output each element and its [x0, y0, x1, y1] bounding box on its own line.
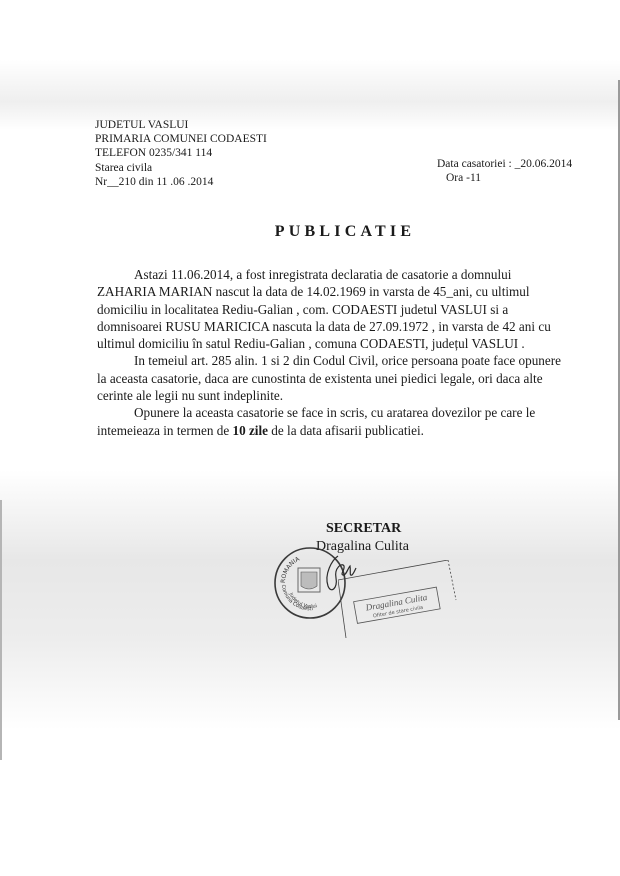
marriage-date: Data casatoriei : _20.06.2014	[437, 158, 572, 172]
paragraph-declaration: Astazi 11.06.2014, a fost inregistrata d…	[97, 266, 567, 352]
header-town-hall: PRIMARIA COMUNEI CODAESTI	[95, 132, 267, 146]
opposition-text-end: de la data afisarii publicatiei.	[268, 423, 424, 438]
paragraph-legal-basis: In temeiul art. 285 alin. 1 si 2 din Cod…	[97, 352, 567, 404]
signatory-role: SECRETAR	[326, 520, 409, 538]
header-registration-number: Nr__210 din 11 .06 .2014	[95, 175, 267, 189]
header-department: Starea civila	[95, 161, 267, 175]
document-title: PUBLICATIE	[0, 223, 620, 241]
marriage-info: Data casatoriei : _20.06.2014 Ora -11	[437, 158, 572, 185]
header-county: JUDETUL VASLUI	[95, 118, 267, 132]
registrar-stamp-icon: Dragalina Culita Ofiter de stare civila	[338, 560, 458, 640]
deadline-emphasis: 10 zile	[232, 423, 268, 438]
header-phone: TELEFON 0235/341 114	[95, 146, 267, 160]
marriage-time: Ora -11	[437, 172, 572, 186]
document-body: Astazi 11.06.2014, a fost inregistrata d…	[97, 266, 567, 439]
scan-edge-left	[0, 500, 2, 760]
paragraph-opposition: Opunere la aceasta casatorie se face in …	[97, 404, 567, 439]
issuer-header: JUDETUL VASLUI PRIMARIA COMUNEI CODAESTI…	[95, 118, 267, 189]
scan-shading-top	[0, 60, 620, 130]
